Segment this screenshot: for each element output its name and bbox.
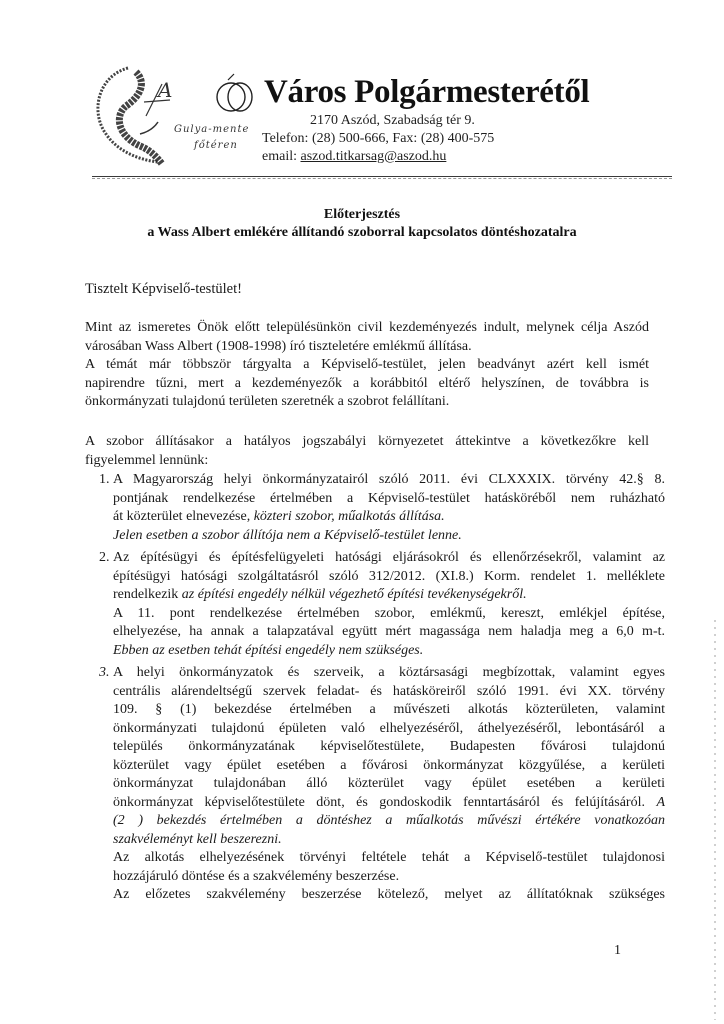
list-item-number: 1. <box>99 471 110 490</box>
item-line: át közterület elnevezése, közteri szobor… <box>113 508 665 527</box>
paragraph-line: városában Wass Albert (1908-1998) író ti… <box>85 338 649 357</box>
item-line: szakvéleményt kell beszerezni. <box>113 831 665 850</box>
item-line: önkormányzat képviselőtestülete dönt, és… <box>113 794 665 813</box>
item-line: önkormányzat tulajdonában álló közterüle… <box>113 775 665 794</box>
legal-requirements-list: 1. A Magyarország helyi önkormányzatairó… <box>85 471 665 905</box>
paragraph-line: Mint az ismeretes Önök előtt településün… <box>85 319 649 338</box>
page-number: 1 <box>614 943 621 959</box>
list-item-2: 2. Az építésügyi és építésfelügyeleti ha… <box>85 549 665 660</box>
item-line: Az építésügyi és építésfelügyeleti hatós… <box>113 549 665 568</box>
letterhead-title: Város Polgármesterétől <box>264 74 589 111</box>
paragraph-line: A szobor állításakor a hatályos jogszabá… <box>85 433 649 452</box>
logo-script-line-2: főtéren <box>194 140 238 151</box>
document-subtitle: a Wass Albert emlékére állítandó szoborr… <box>0 225 724 241</box>
letterhead-address: 2170 Aszód, Szabadság tér 9. <box>310 113 475 129</box>
item-line: építésügyi hatósági szolgáltatásról szól… <box>113 568 665 587</box>
letterhead-divider <box>92 176 672 177</box>
scan-edge-artifact <box>714 620 716 1020</box>
paragraph-line: A témát már többször tárgyalta a Képvise… <box>85 356 649 375</box>
item-line: rendelkezik az építési engedély nélkül v… <box>113 586 665 605</box>
paragraph-line: napirendre tűzni, mert a kezdeményezők a… <box>85 375 649 394</box>
city-emblem-icon <box>88 62 263 172</box>
item-line: Az előzetes szakvélemény beszerzése köte… <box>113 886 665 905</box>
logo-letter-a: A <box>158 78 173 102</box>
item-line: (2 ) bekezdés értelmében a döntéshez a m… <box>113 812 665 831</box>
legal-intro-paragraph: A szobor állításakor a hatályos jogszabá… <box>85 433 649 470</box>
item-line: A 11. pont rendelkezése értelmében szobo… <box>113 605 665 624</box>
item-line: Az alkotás elhelyezésének törvényi felté… <box>113 849 665 868</box>
letterhead-divider-shadow <box>92 178 672 179</box>
item-line: hozzájáruló döntése és a szakvélemény be… <box>113 868 665 887</box>
paragraph-line: figyelemmel lennünk: <box>85 452 649 471</box>
logo-script-line-1: Gulya-mente <box>174 124 249 135</box>
letterhead-phone-fax: Telefon: (28) 500-666, Fax: (28) 400-575 <box>262 131 494 147</box>
item-line: A helyi önkormányzatok és szerveik, a kö… <box>113 664 665 683</box>
list-item-number: 2. <box>99 549 110 568</box>
list-item-number: 3. <box>99 664 110 683</box>
item-line: önkormányzati tulajdonú épületen való el… <box>113 720 665 739</box>
intro-paragraph: Mint az ismeretes Önök előtt településün… <box>85 319 649 412</box>
item-line: 109. § (1) bekezdése értelmében a művész… <box>113 701 665 720</box>
item-line: Jelen esetben a szobor állítója nem a Ké… <box>113 527 665 546</box>
item-line: település önkormányzatának képviselőtest… <box>113 738 665 757</box>
item-line: elhelyezése, ha annak a talapzatával egy… <box>113 623 665 642</box>
item-line: közterület vagy épület esetében a főváro… <box>113 757 665 776</box>
item-line: centrális alárendeltségű szervek feladat… <box>113 683 665 702</box>
item-line: A Magyarország helyi önkormányzatairól s… <box>113 471 665 490</box>
letterhead-email: email: aszod.titkarsag@aszod.hu <box>262 149 446 165</box>
email-label: email: <box>262 149 301 164</box>
salutation: Tisztelt Képviselő-testület! <box>85 281 242 298</box>
document-title: Előterjesztés <box>0 207 724 223</box>
item-line: pontjának rendelkezése értelmében a Képv… <box>113 490 665 509</box>
item-line: Ebben az esetben tehát építési engedély … <box>113 642 665 661</box>
paragraph-line: önkormányzati tulajdonú területen szeret… <box>85 393 649 412</box>
list-item-1: 1. A Magyarország helyi önkormányzatairó… <box>85 471 665 545</box>
list-item-3: 3. A helyi önkormányzatok és szerveik, a… <box>85 664 665 905</box>
email-link[interactable]: aszod.titkarsag@aszod.hu <box>301 149 447 164</box>
city-logo: A Gulya-mente főtéren <box>88 62 263 172</box>
document-page: A Gulya-mente főtéren Város Polgármester… <box>0 0 724 1024</box>
